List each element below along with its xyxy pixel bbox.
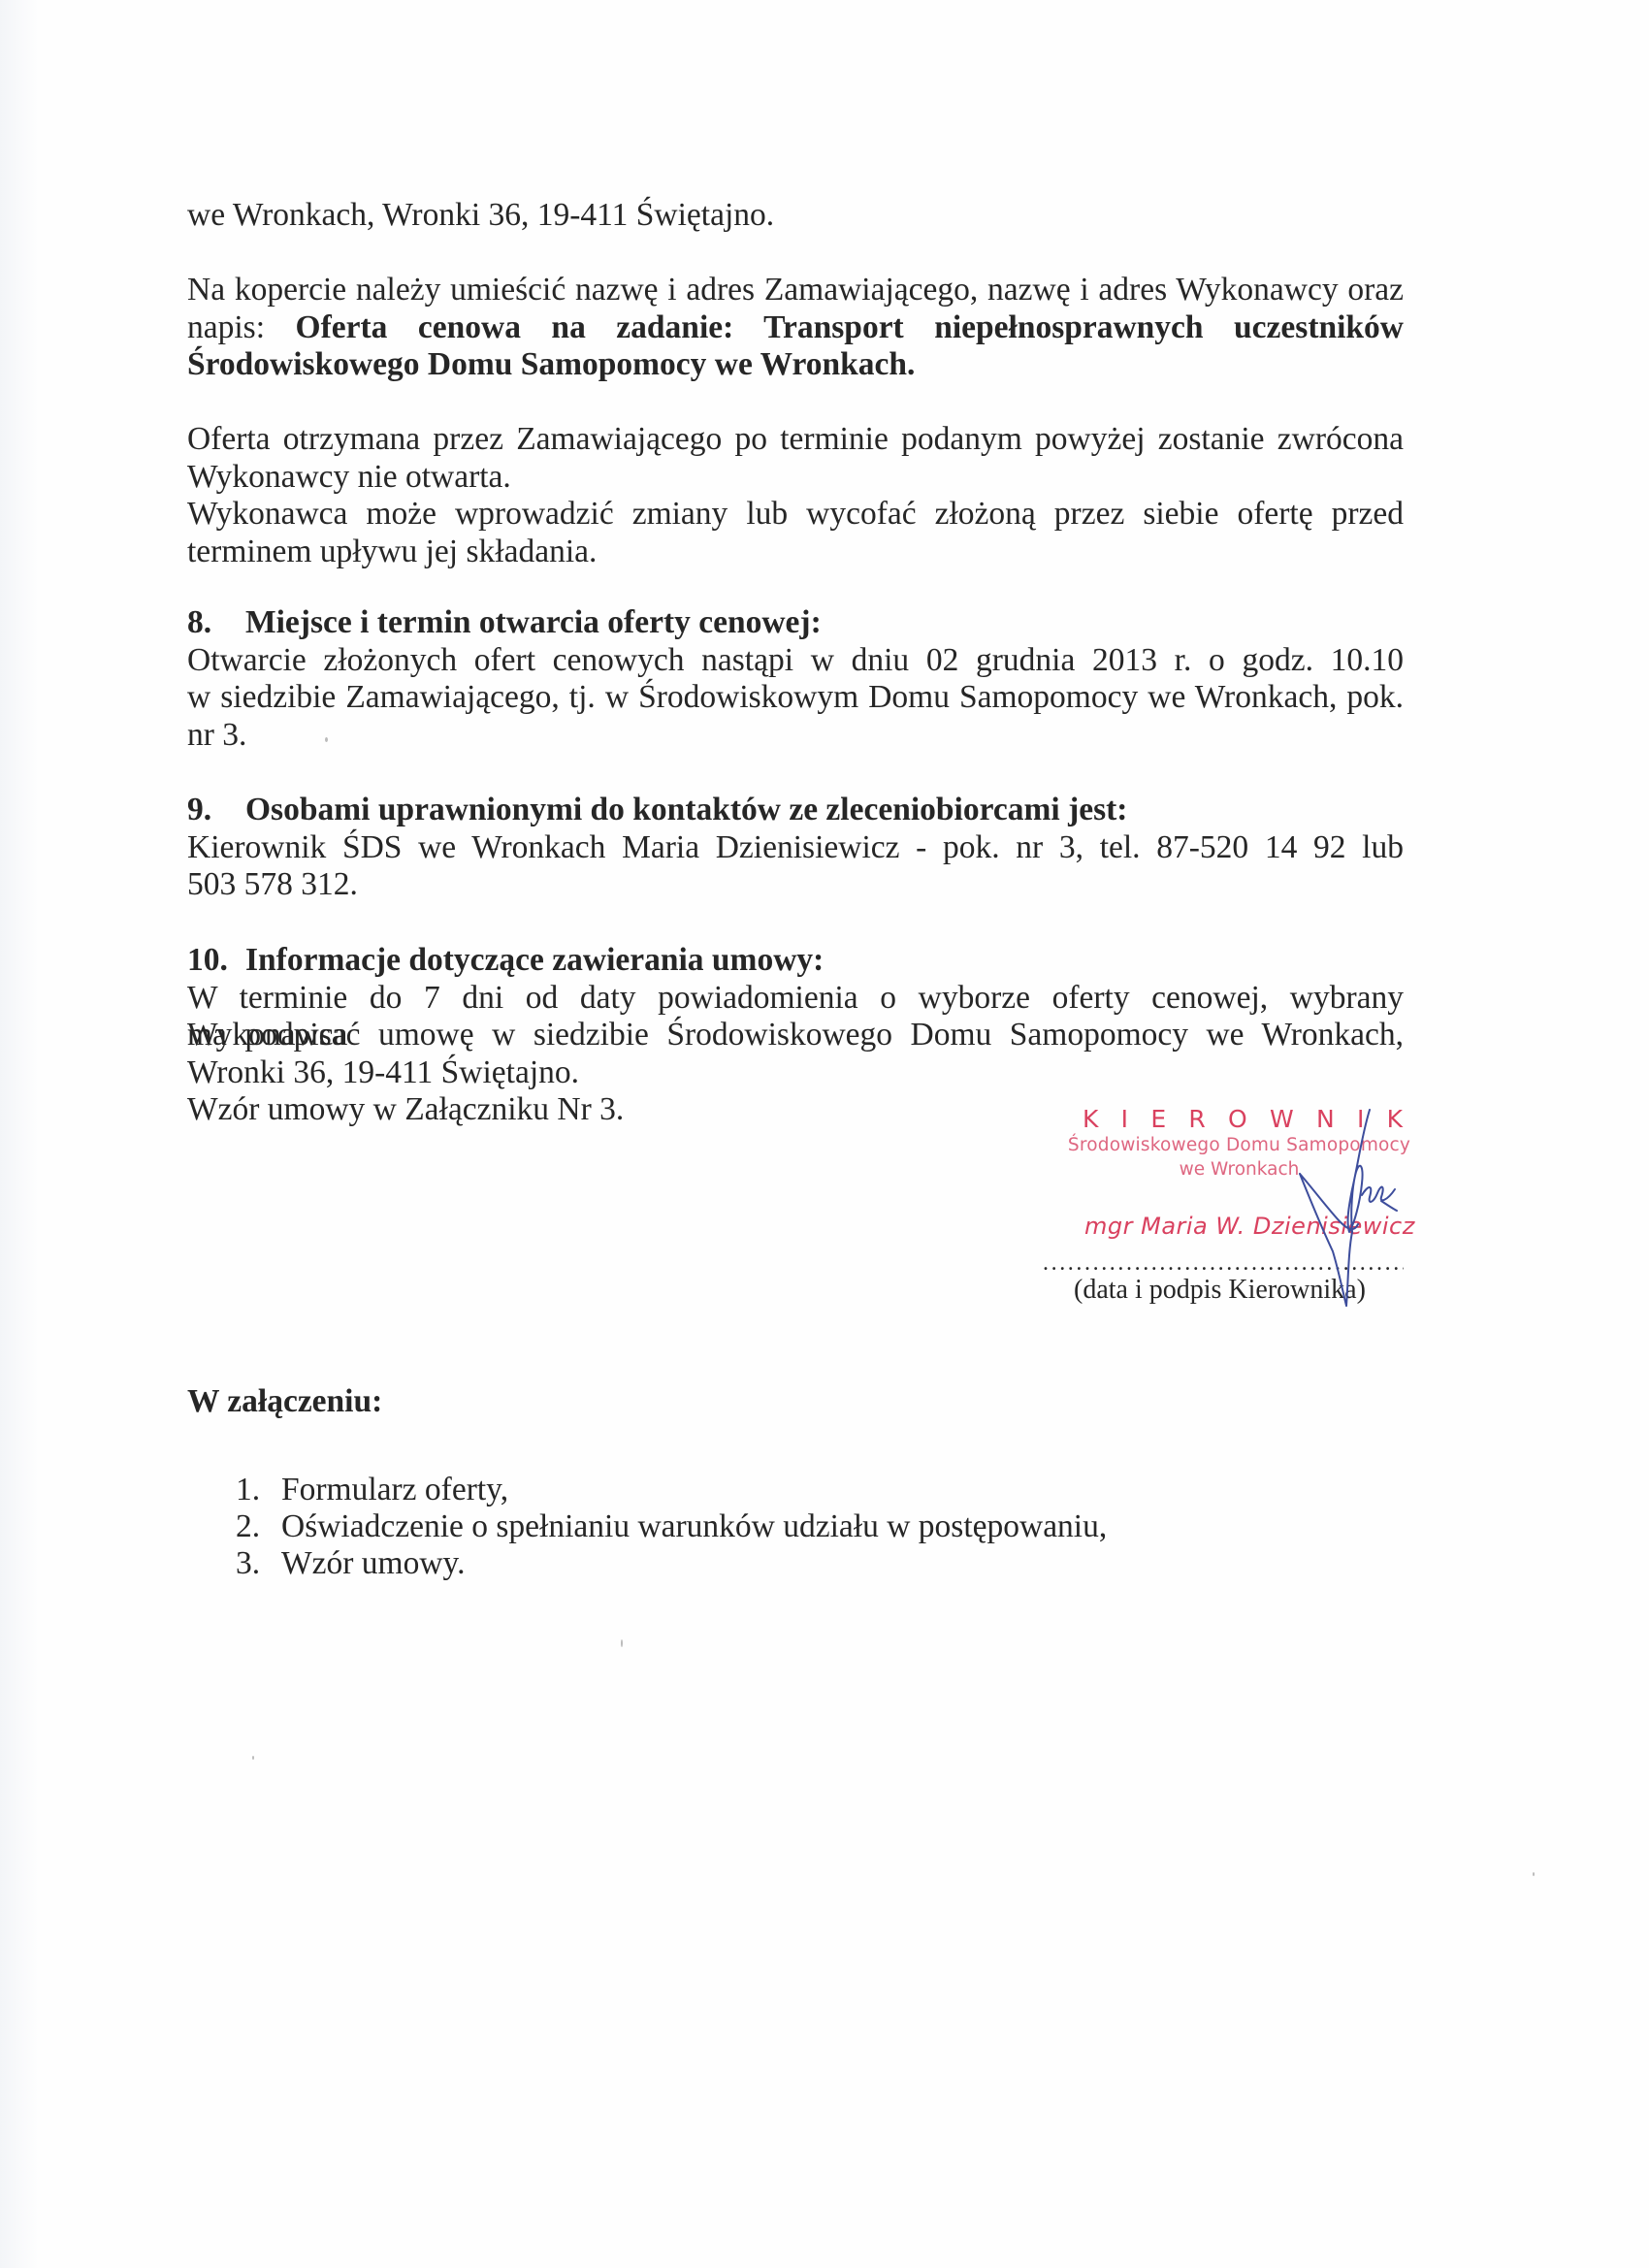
document-page: we Wronkach, Wronki 36, 19-411 Świętajno…: [0, 0, 1649, 2268]
attachment-item: 3.Wzór umowy.: [236, 1545, 1107, 1582]
stamp-title-letter: K: [1083, 1105, 1098, 1133]
section-8: 8.Miejsce i termin otwarcia oferty cenow…: [187, 604, 1404, 754]
section-9-title: Osobami uprawnionymi do kontaktów ze zle…: [245, 792, 1127, 827]
scan-speck: [1533, 1872, 1535, 1876]
attachment-text: Wzór umowy.: [281, 1545, 465, 1581]
scan-edge-shading: [0, 0, 39, 2268]
section-8-title: Miejsce i termin otwarcia oferty cenowej…: [245, 604, 822, 640]
late-offer-line-4: terminem upływu jej składania.: [187, 534, 1404, 571]
section-8-heading: 8.Miejsce i termin otwarcia oferty cenow…: [187, 604, 1404, 642]
section-8-number: 8.: [187, 604, 245, 642]
attachment-item: 2.Oświadczenie o spełnianiu warunków udz…: [236, 1508, 1107, 1545]
handwritten-signature-icon: [1280, 1096, 1416, 1319]
scan-speck: [252, 1756, 254, 1760]
envelope-line-3: Środowiskowego Domu Samopomocy we Wronka…: [187, 346, 1404, 384]
section-10-line-1: W terminie do 7 dni od daty powiadomieni…: [187, 980, 1404, 1018]
stamp-title-letter: O: [1228, 1105, 1247, 1133]
stamp-title-letter: E: [1150, 1105, 1166, 1133]
section-9: 9.Osobami uprawnionymi do kontaktów ze z…: [187, 792, 1404, 904]
intro-paragraph: we Wronkach, Wronki 36, 19-411 Świętajno…: [187, 197, 1404, 235]
late-offer-line-3: Wykonawca może wprowadzić zmiany lub wyc…: [187, 496, 1404, 534]
envelope-title: Oferta cenowa na zadanie: Transport niep…: [296, 309, 1404, 345]
section-9-number: 9.: [187, 792, 245, 829]
attachment-number: 1.: [236, 1472, 281, 1508]
section-9-line-1: Kierownik ŚDS we Wronkach Maria Dzienisi…: [187, 829, 1404, 867]
section-9-heading: 9.Osobami uprawnionymi do kontaktów ze z…: [187, 792, 1404, 829]
attachments-heading: W załączeniu:: [187, 1383, 382, 1420]
section-8-line-1: Otwarcie złożonych ofert cenowych nastąp…: [187, 642, 1404, 680]
section-10-number: 10.: [187, 942, 245, 980]
scan-speck: [621, 1639, 623, 1647]
section-8-line-2: w siedzibie Zamawiającego, tj. w Środowi…: [187, 679, 1404, 717]
intro-line: we Wronkach, Wronki 36, 19-411 Świętajno…: [187, 197, 1404, 235]
attachment-number: 2.: [236, 1508, 281, 1545]
late-offer-paragraph: Oferta otrzymana przez Zamawiającego po …: [187, 421, 1404, 570]
envelope-label: napis:: [187, 309, 265, 345]
envelope-line-1: Na kopercie należy umieścić nazwę i adre…: [187, 272, 1404, 309]
section-10-heading: 10.Informacje dotyczące zawierania umowy…: [187, 942, 1404, 980]
section-10-line-3: Wronki 36, 19-411 Świętajno.: [187, 1054, 1404, 1092]
attachments-list: 1.Formularz oferty, 2.Oświadczenie o spe…: [236, 1472, 1107, 1582]
attachment-item: 1.Formularz oferty,: [236, 1472, 1107, 1508]
section-9-line-2: 503 578 312.: [187, 866, 1404, 904]
attachment-text: Oświadczenie o spełnianiu warunków udzia…: [281, 1508, 1107, 1544]
stamp-title-letter: I: [1121, 1105, 1128, 1133]
envelope-line-2: napis: Oferta cenowa na zadanie: Transpo…: [187, 309, 1404, 347]
section-8-line-3: nr 3.: [187, 717, 1404, 755]
late-offer-line-2: Wykonawcy nie otwarta.: [187, 459, 1404, 497]
attachment-text: Formularz oferty,: [281, 1472, 508, 1507]
section-10: 10.Informacje dotyczące zawierania umowy…: [187, 942, 1404, 1129]
section-10-line-2: ma podpisać umowę w siedzibie Środowisko…: [187, 1017, 1404, 1054]
scan-speck: [325, 737, 328, 742]
late-offer-line-1: Oferta otrzymana przez Zamawiającego po …: [187, 421, 1404, 459]
section-10-title: Informacje dotyczące zawierania umowy:: [245, 942, 824, 978]
envelope-paragraph: Na kopercie należy umieścić nazwę i adre…: [187, 272, 1404, 384]
attachment-number: 3.: [236, 1545, 281, 1582]
stamp-title-letter: R: [1188, 1105, 1205, 1133]
